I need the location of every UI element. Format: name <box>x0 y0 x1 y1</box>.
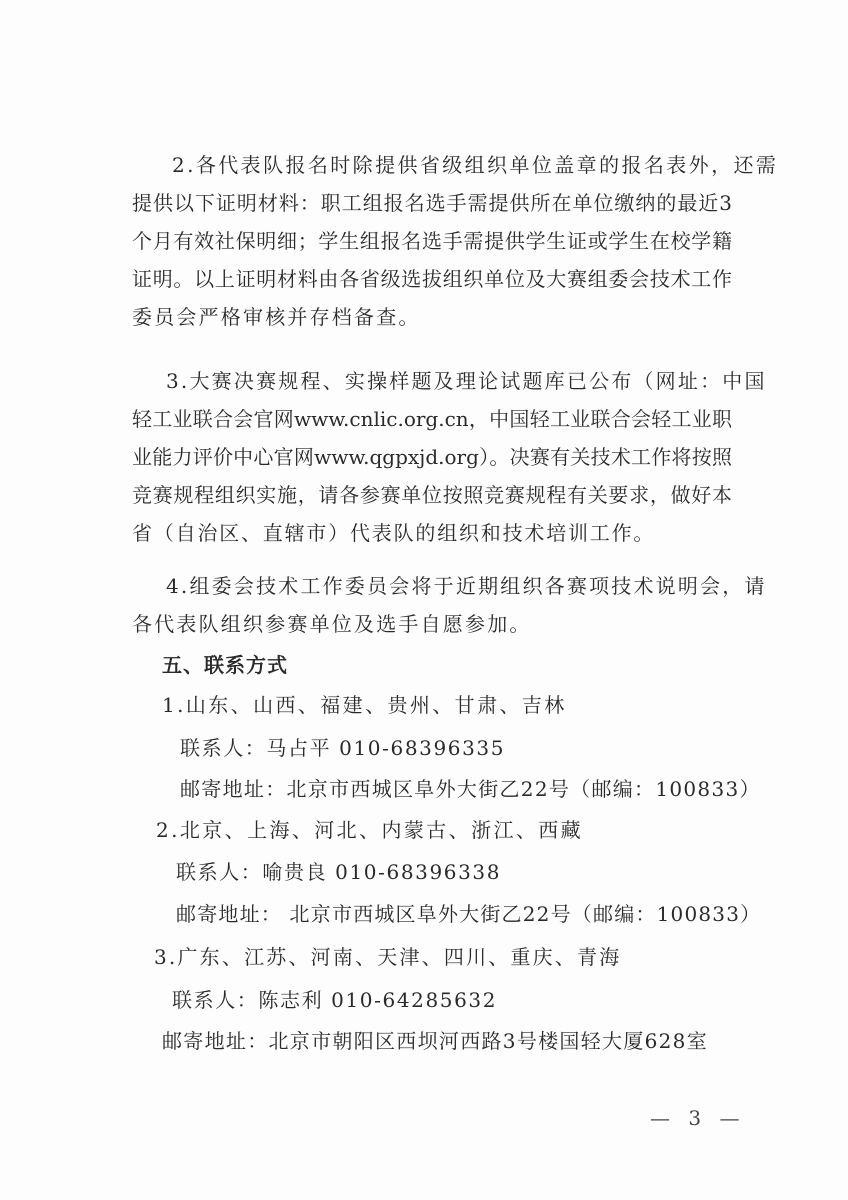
text-line: 委员会严格审核并存档备查。 <box>132 304 732 330</box>
text-line: 省（自治区、直辖市）代表队的组织和技术培训工作。 <box>132 520 732 546</box>
contact-address: 邮寄地址： 北京市西城区阜外大街乙22号（邮编：100833） <box>176 901 776 927</box>
contact-regions: 3.广东、江苏、河南、天津、四川、重庆、青海 <box>154 944 754 970</box>
text-line: 业能力评价中心官网www.qgpxjd.org）。决赛有关技术工作将按照 <box>132 444 732 470</box>
text-line: 提供以下证明材料：职工组报名选手需提供所在单位缴纳的最近3 <box>132 190 732 216</box>
contact-address: 邮寄地址：北京市西城区阜外大街乙22号（邮编：100833） <box>180 776 780 802</box>
text-line: 竞赛规程组织实施，请各参赛单位按照竞赛规程有关要求，做好本 <box>132 482 732 508</box>
text-line: 3.大赛决赛规程、实操样题及理论试题库已公布（网址：中国 <box>166 368 732 394</box>
text-line: 4.组委会技术工作委员会将于近期组织各赛项技术说明会，请 <box>166 573 732 599</box>
text-line: 各代表队组织参赛单位及选手自愿参加。 <box>132 611 732 637</box>
contact-person: 联系人：陈志利 010-64285632 <box>172 987 772 1013</box>
contact-address: 邮寄地址：北京市朝阳区西坝河西路3号楼国轻大厦628室 <box>162 1028 762 1054</box>
contact-regions: 2.北京、上海、河北、内蒙古、浙江、西藏 <box>156 817 756 843</box>
contact-person: 联系人：马占平 010-68396335 <box>180 735 780 761</box>
text-line: 2.各代表队报名时除提供省级组织单位盖章的报名表外，还需 <box>172 152 730 178</box>
contact-regions: 1.山东、山西、福建、贵州、甘肃、吉林 <box>162 692 762 718</box>
page-number: — 3 — <box>650 1106 745 1130</box>
text-line: 轻工业联合会官网www.cnlic.org.cn，中国轻工业联合会轻工业职 <box>132 406 732 432</box>
document-page: 2.各代表队报名时除提供省级组织单位盖章的报名表外，还需 提供以下证明材料：职工… <box>0 0 848 1200</box>
contact-person: 联系人：喻贵良 010-68396338 <box>176 859 776 885</box>
text-line: 个月有效社保明细；学生组报名选手需提供学生证或学生在校学籍 <box>132 228 732 254</box>
section-heading-contact: 五、联系方式 <box>162 652 762 678</box>
text-line: 证明。以上证明材料由各省级选拔组织单位及大赛组委会技术工作 <box>132 266 732 292</box>
